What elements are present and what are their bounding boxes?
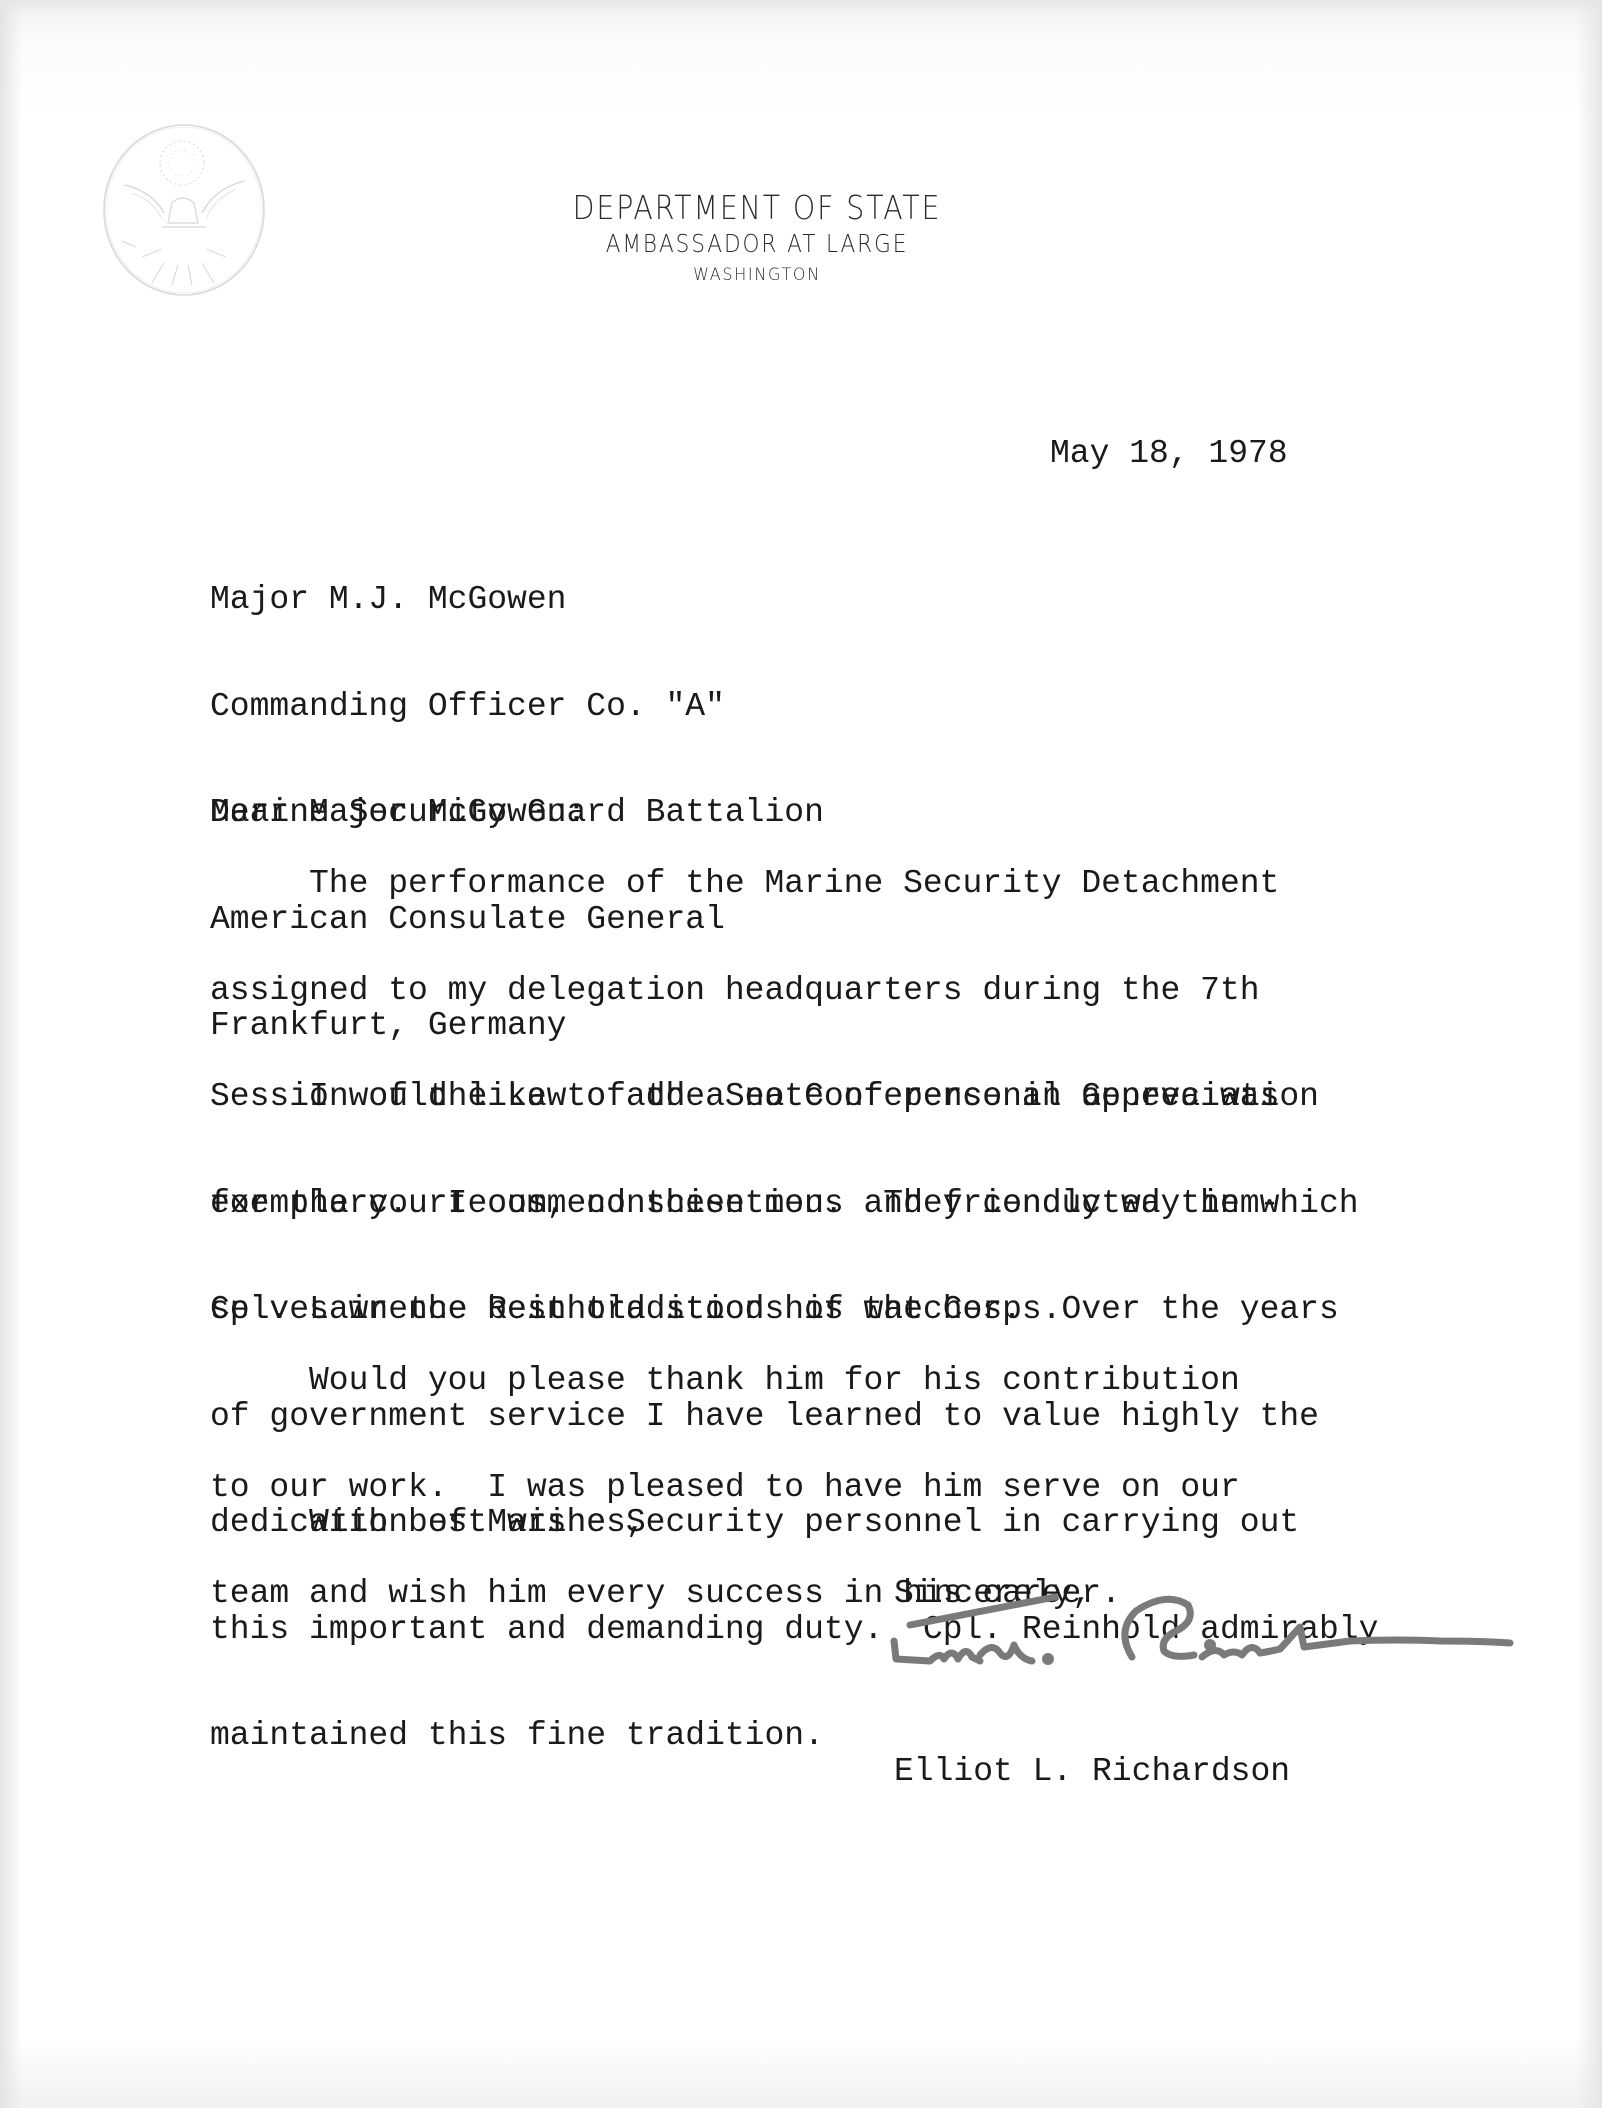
letterhead: DEPARTMENT OF STATE AMBASSADOR AT LARGE … xyxy=(470,190,1044,285)
scan-edge-left xyxy=(0,0,22,2108)
signer-name: Elliot L. Richardson xyxy=(894,1683,1290,1861)
letterhead-city: WASHINGTON xyxy=(487,265,1027,285)
letterhead-organization: DEPARTMENT OF STATE xyxy=(510,190,1004,226)
handwritten-signature-icon xyxy=(880,1575,1520,1675)
paragraph-line: I would like to add a note of personal a… xyxy=(210,1079,1378,1115)
paragraph-line: Would you please thank him for his contr… xyxy=(210,1363,1240,1399)
paragraph-line: The performance of the Marine Security D… xyxy=(210,866,1279,902)
great-seal-icon xyxy=(102,123,266,297)
letter-date: May 18, 1978 xyxy=(1050,365,1288,543)
paragraph-line: for the courteous, conscientious and fri… xyxy=(210,1186,1378,1222)
address-line: Commanding Officer Co. "A" xyxy=(210,689,824,725)
letter-page: DEPARTMENT OF STATE AMBASSADOR AT LARGE … xyxy=(0,0,1602,2108)
paragraph-line: assigned to my delegation headquarters d… xyxy=(210,973,1279,1009)
closing: With best wishes, xyxy=(210,1434,646,1612)
letterhead-office: AMBASSADOR AT LARGE xyxy=(504,230,1009,258)
closing-text: With best wishes, xyxy=(210,1505,646,1541)
signer-name-text: Elliot L. Richardson xyxy=(894,1754,1290,1790)
scan-edge-right xyxy=(1576,0,1602,2108)
date-text: May 18, 1978 xyxy=(1050,436,1288,472)
address-line: Major M.J. McGowen xyxy=(210,582,824,618)
